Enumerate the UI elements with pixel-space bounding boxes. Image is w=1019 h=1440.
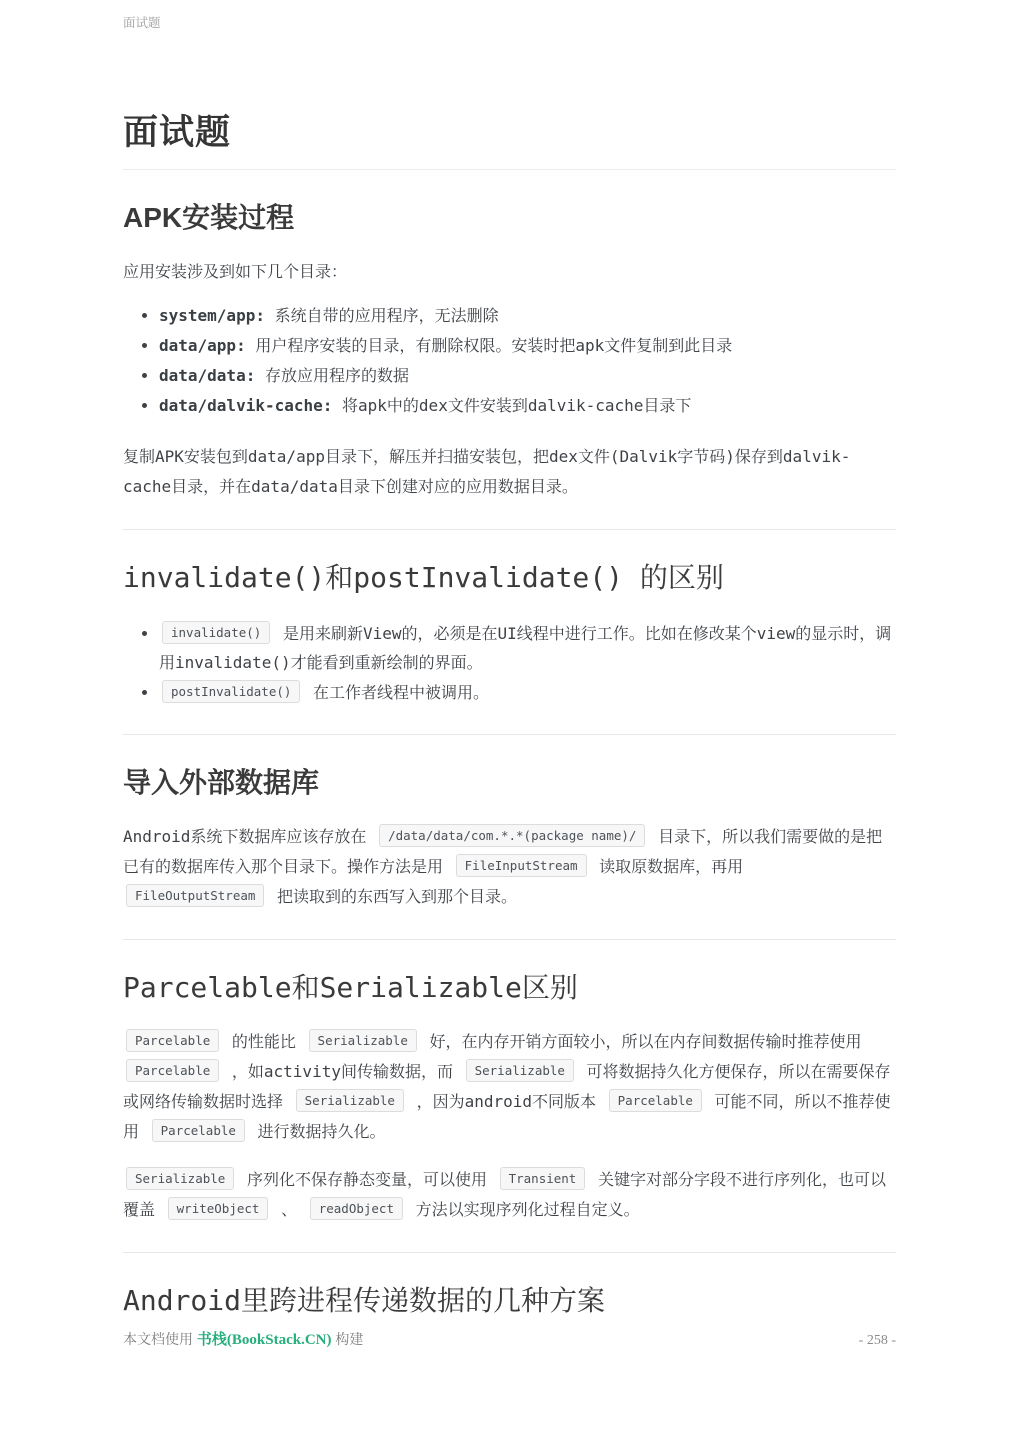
footer-text-prefix: 本文档使用 <box>123 1331 197 1347</box>
list-term: data/data: <box>159 366 255 385</box>
section-divider <box>123 1252 896 1253</box>
inline-code: Serializable <box>296 1089 404 1112</box>
inline-code: Parcelable <box>126 1059 219 1082</box>
list-item: invalidate() 是用来刷新View的，必须是在UI线程中进行工作。比如… <box>159 619 896 677</box>
inline-code: Serializable <box>466 1059 574 1082</box>
section-import-database: 导入外部数据库 Android系统下数据库应该存放在 /data/data/co… <box>123 766 896 912</box>
page-footer: 本文档使用 书栈(BookStack.CN) 构建 - 258 - <box>123 1328 896 1349</box>
section-cross-process-data: Android里跨进程传递数据的几种方案 <box>123 1284 896 1318</box>
inline-code: Transient <box>500 1167 586 1190</box>
section-heading-parcelable-serializable: Parcelable和Serializable区别 <box>123 971 896 1005</box>
footer-text-suffix: 构建 <box>331 1331 363 1347</box>
inline-code: /data/data/com.*.*(package name)/ <box>379 824 645 847</box>
footer-build-note: 本文档使用 书栈(BookStack.CN) 构建 <box>123 1328 363 1349</box>
section-divider <box>123 734 896 735</box>
section-heading-import-database: 导入外部数据库 <box>123 766 896 800</box>
paragraph: Parcelable 的性能比 Serializable 好，在内存开销方面较小… <box>123 1027 896 1147</box>
inline-code: postInvalidate() <box>162 680 300 703</box>
list-term: system/app: <box>159 306 265 325</box>
page-number: - 258 - <box>859 1333 896 1349</box>
inline-code: Parcelable <box>126 1029 219 1052</box>
section-divider <box>123 939 896 940</box>
inline-code: invalidate() <box>162 621 270 644</box>
paragraph: Serializable 序列化不保存静态变量，可以使用 Transient 关… <box>123 1165 896 1225</box>
directory-list: system/app: 系统自带的应用程序，无法删除 data/app: 用户程… <box>123 301 896 420</box>
inline-code: Parcelable <box>152 1119 245 1142</box>
list-term: data/app: <box>159 336 246 355</box>
list-item: system/app: 系统自带的应用程序，无法删除 <box>159 301 896 330</box>
invalidate-list: invalidate() 是用来刷新View的，必须是在UI线程中进行工作。比如… <box>123 619 896 707</box>
list-item: data/dalvik-cache: 将apk中的dex文件安装到dalvik-… <box>159 391 896 420</box>
page-title: 面试题 <box>123 113 896 170</box>
paragraph: Android系统下数据库应该存放在 /data/data/com.*.*(pa… <box>123 822 896 912</box>
section-divider <box>123 529 896 530</box>
inline-code: FileInputStream <box>456 854 587 877</box>
inline-code: readObject <box>310 1197 403 1220</box>
list-item: data/data: 存放应用程序的数据 <box>159 361 896 390</box>
paragraph: 复制APK安装包到data/app目录下，解压并扫描安装包，把dex文件(Dal… <box>123 442 896 502</box>
inline-code: FileOutputStream <box>126 884 264 907</box>
section-parcelable-serializable: Parcelable和Serializable区别 Parcelable 的性能… <box>123 971 896 1225</box>
list-item: postInvalidate() 在工作者线程中被调用。 <box>159 678 896 707</box>
inline-code: writeObject <box>168 1197 269 1220</box>
paragraph-intro: 应用安装涉及到如下几个目录： <box>123 257 896 287</box>
section-apk-install: APK安装过程 应用安装涉及到如下几个目录： system/app: 系统自带的… <box>123 201 896 502</box>
document-header-label: 面试题 <box>123 0 896 31</box>
list-term: data/dalvik-cache: <box>159 396 332 415</box>
section-invalidate-diff: invalidate()和postInvalidate() 的区别 invali… <box>123 561 896 707</box>
list-item: data/app: 用户程序安装的目录，有删除权限。安装时把apk文件复制到此目… <box>159 331 896 360</box>
inline-code: Parcelable <box>609 1089 702 1112</box>
inline-code: Serializable <box>126 1167 234 1190</box>
section-heading-apk-install: APK安装过程 <box>123 201 896 235</box>
section-heading-invalidate-diff: invalidate()和postInvalidate() 的区别 <box>123 561 896 595</box>
inline-code: Serializable <box>309 1029 417 1052</box>
bookstack-link[interactable]: 书栈(BookStack.CN) <box>197 1332 332 1348</box>
section-heading-cross-process-data: Android里跨进程传递数据的几种方案 <box>123 1284 896 1318</box>
document-page: 面试题 面试题 APK安装过程 应用安装涉及到如下几个目录： system/ap… <box>123 0 896 1318</box>
